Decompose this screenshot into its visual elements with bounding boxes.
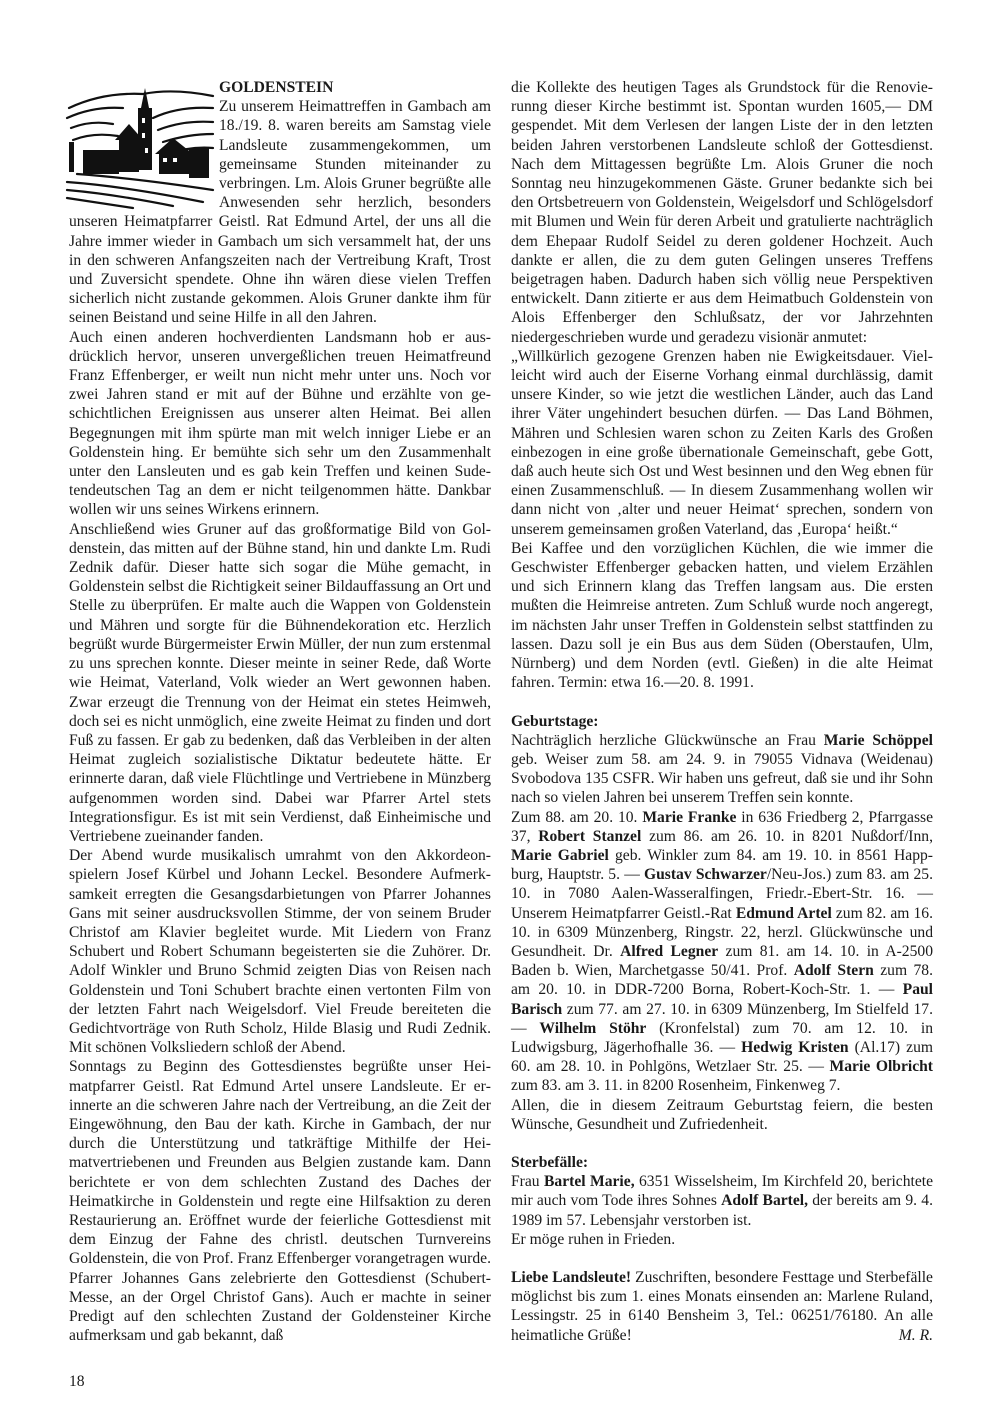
birthdays-list: Zum 88. am 20. 10. Marie Franke in 636 F… (511, 808, 933, 1096)
person-name: Wilhelm Stöhr (539, 1020, 646, 1037)
birthdays-heading: Geburtstage: (511, 712, 933, 731)
person-name: Marie Schöppel (824, 732, 933, 749)
church-village-sketch-icon (63, 78, 215, 210)
deaths-heading: Sterbefälle: (511, 1153, 933, 1172)
contact-lead: Liebe Landsleute! (511, 1269, 631, 1286)
person-name: Bartel Marie, (544, 1173, 635, 1190)
article-paragraph: die Kollekte des heutigen Tages als Grun… (511, 78, 933, 347)
article-paragraph: Anschließend wies Gruner auf das großfor… (69, 520, 491, 846)
birthdays-intro: Nachträglich herzliche Glückwünsche an F… (511, 731, 933, 808)
deaths-text: Frau Bartel Marie, 6351 Wisselsheim, Im … (511, 1172, 933, 1230)
article-paragraph: Der Abend wurde musikalisch umrahmt von … (69, 846, 491, 1057)
person-name: Marie Olbricht (830, 1058, 933, 1075)
person-name: Marie Gabriel (511, 847, 609, 864)
birthdays-closing: Allen, die in diesem Zeitraum Geburtstag… (511, 1096, 933, 1134)
signature: M. R. (899, 1326, 933, 1345)
deaths-closing: Er möge ruhen in Frieden. (511, 1230, 933, 1249)
person-name: Adolf Stern (794, 962, 874, 979)
article-paragraph: Sonntags zu Beginn des Gottesdienstes be… (69, 1057, 491, 1345)
left-column: GOLDENSTEIN Zu unserem Heimattreffen in … (69, 78, 491, 1345)
contact-paragraph: Liebe Landsleute! Zuschriften, besondere… (511, 1268, 933, 1345)
person-name: Adolf Bartel, (721, 1192, 808, 1209)
person-name: Hedwig Kristen (741, 1039, 848, 1056)
person-name: Alfred Legner (620, 943, 718, 960)
page-number: 18 (69, 1373, 85, 1391)
article-paragraph: Auch einen anderen hochverdienten Landsm… (69, 328, 491, 520)
quote-paragraph: „Willkürlich gezogene Grenzen haben nie … (511, 347, 933, 539)
person-name: Edmund Artel (736, 905, 832, 922)
right-column: die Kollekte des heutigen Tages als Grun… (511, 78, 933, 1345)
article-paragraph: Bei Kaffee und den vorzüglichen Küchlen,… (511, 539, 933, 693)
person-name: Robert Stanzel (538, 828, 641, 845)
person-name: Marie Franke (642, 809, 736, 826)
person-name: Gustav Schwarzer (644, 866, 767, 883)
